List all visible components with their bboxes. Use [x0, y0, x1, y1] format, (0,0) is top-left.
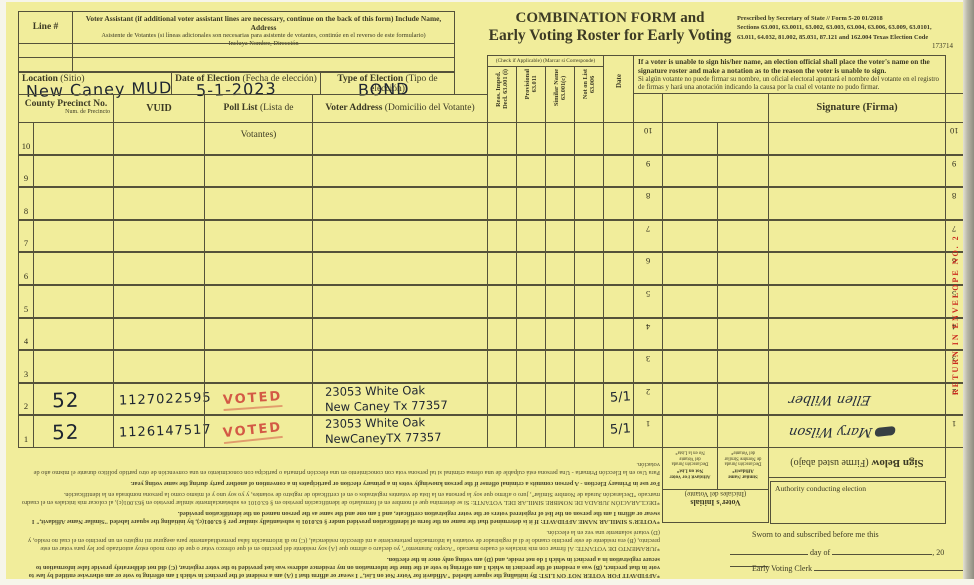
voter-address-cell [312, 252, 488, 285]
return-envelope-note: RETURN IN ENVELOPE NO. 2 [951, 115, 960, 395]
precinct-cell [33, 318, 114, 351]
sign-below-label: Sign Below [871, 457, 923, 469]
sign-below-box: Sign Below (Firme usted abajo) [768, 447, 946, 478]
initials-similar-name-cell [717, 220, 769, 253]
check-provisional-cell [516, 415, 546, 448]
line-number-mid: 3 [633, 350, 663, 383]
date-cell: 5/1 [603, 415, 634, 448]
date-value-handwriting: 5/1 [610, 422, 632, 438]
address-line2-handwriting: New Caney Tx 77357 [325, 398, 448, 414]
initials-not-on-list-cell [662, 122, 718, 155]
signature-header-label: Signature (Firma) [816, 102, 897, 113]
line-number-left: 5 [18, 285, 34, 318]
check-not-on-list-cell [574, 155, 604, 188]
vuid-cell [113, 155, 205, 188]
precinct-value-handwriting: 52 [52, 420, 80, 445]
vuid-cell [113, 252, 205, 285]
line-number-left: 10 [18, 122, 34, 155]
check-provisional-cell [516, 383, 546, 416]
line-number-upside-down: 2 [646, 387, 650, 397]
poll-list-cell [204, 122, 313, 155]
line-number-mid: 8 [633, 187, 663, 220]
signature-cell [768, 350, 946, 383]
date-cell [603, 155, 634, 188]
precinct-value-handwriting: 52 [52, 387, 80, 412]
day-blank [730, 545, 808, 555]
line-number-upside-down: 5 [646, 289, 650, 299]
line-number-upside-down: 1 [952, 419, 956, 429]
voter-address-cell [312, 220, 488, 253]
check-similar-name-cell [545, 220, 575, 253]
line-number-header: Line # [18, 11, 73, 44]
line-number-right: 1 [945, 415, 964, 448]
check-not-on-list-cell [574, 220, 604, 253]
check-col-header-not-on-list-label: Not on List 63.006 [582, 69, 596, 99]
check-reas-imped-cell [487, 155, 517, 188]
line-number-mid-header-cell [633, 93, 663, 123]
check-similar-name-cell [545, 285, 575, 318]
signature-cell [768, 122, 946, 155]
primary-election-note-en: For use in Primary Election - A person c… [20, 479, 660, 487]
prescribed-block: Prescribed by Secretary of State // Form… [737, 14, 953, 50]
address-line1-handwriting: 23053 White Oak [325, 383, 425, 399]
precinct-cell [33, 220, 114, 253]
check-not-on-list-cell [574, 383, 604, 416]
initials-similar-name-cell [717, 285, 769, 318]
initials-similar-name-cell [717, 187, 769, 220]
check-provisional-cell [516, 318, 546, 351]
assistant-instruction-en: Voter Assistant (if additional voter ass… [73, 14, 454, 32]
line-number-upside-down: 9 [646, 159, 650, 169]
similar-name-affidavit-es: *DECLARACIÓN JURADA DE NOMBRE SIMILAR DE… [20, 490, 660, 506]
signature-cell: Mary Wilson [768, 415, 946, 448]
check-reas-imped-cell [487, 187, 517, 220]
initials-not-on-list-cell [662, 187, 718, 220]
signature-cell [768, 318, 946, 351]
prescribed-line2: Sections 63.001, 63.0011, 63.002, 63.003… [737, 23, 953, 32]
check-col-header-similar-name: Similar Name 63.001(c) [545, 66, 575, 123]
initials-similar-name-cell [717, 318, 769, 351]
check-not-on-list-cell [574, 318, 604, 351]
vuid-column-header: VUID [113, 94, 205, 123]
precinct-cell [33, 350, 114, 383]
initials-not-on-list-cell [662, 318, 718, 351]
signature-cell [768, 187, 946, 220]
check-reas-imped-cell [487, 415, 517, 448]
address-header-en: Voter Address [325, 103, 382, 113]
voted-stamp: VOTED [222, 420, 283, 444]
line-number-upside-down: 7 [646, 224, 650, 234]
check-provisional-cell [516, 187, 546, 220]
vuid-cell [113, 220, 205, 253]
voter-address-cell: 23053 White OakNewCaneyTX 77357 [312, 415, 488, 448]
line-number-left: 1 [18, 415, 34, 448]
signature-cell [768, 252, 946, 285]
date-cell [603, 187, 634, 220]
line-number-mid: 7 [633, 220, 663, 253]
address-line1-handwriting: 23053 White Oak [325, 416, 425, 432]
initials-not-on-list-cell [662, 285, 718, 318]
check-similar-name-cell [545, 252, 575, 285]
poll-list-cell [204, 285, 313, 318]
voter-address-cell: 23053 White OakNew Caney Tx 77357 [312, 383, 488, 416]
affidavit-not-on-list-en: *AFFIDAVIT FOR VOTER NOT ON LIST: By ini… [20, 555, 660, 579]
check-provisional-cell [516, 122, 546, 155]
early-voting-clerk-label: Early Voting Clerk [752, 564, 812, 573]
form-title-line1: COMBINATION FORM and [470, 10, 750, 27]
precinct-cell [33, 155, 114, 188]
initials-col1-header-en: Affidavit For Voter Not on List* [663, 466, 717, 479]
date-cell [603, 122, 634, 155]
month-blank [832, 545, 932, 555]
poll-list-cell [204, 252, 313, 285]
initials-not-on-list-cell [662, 220, 718, 253]
line-number-upside-down: 1 [646, 419, 650, 429]
initials-col2-header-es: Declaración Jurada de Nombre Similar del… [718, 448, 768, 466]
line-number-mid: 5 [633, 285, 663, 318]
prescribed-line3: 63.011, 64.032, 81.002, 85.031, 87.121 a… [737, 33, 953, 42]
precinct-cell [33, 122, 114, 155]
form-number: 173714 [737, 42, 953, 50]
poll-list-cell [204, 155, 313, 188]
voter-assistant-instructions: Voter Assistant (if additional voter ass… [72, 11, 455, 44]
authority-label: Authority conducting election [775, 484, 866, 493]
check-not-on-list-cell [574, 252, 604, 285]
check-similar-name-cell [545, 122, 575, 155]
poll-list-cell [204, 318, 313, 351]
authority-conducting-election-box: Authority conducting election [770, 481, 946, 524]
check-provisional-cell [516, 155, 546, 188]
date-cell [603, 252, 634, 285]
assistant-row1-line [18, 43, 73, 58]
poll-list-cell [204, 187, 313, 220]
poll-list-header-en: Poll List [224, 103, 258, 113]
vuid-cell [113, 318, 205, 351]
poll-list-column-header: Poll List (Lista de Votantes) [204, 94, 313, 123]
date-cell [603, 220, 634, 253]
check-provisional-cell [516, 252, 546, 285]
affidavit-not-on-list-es: *JURAMENTO DE VOTANTE: Al firmar con mis… [20, 528, 660, 552]
signature-handwriting-upside-down: Ellen Wilber [788, 392, 872, 407]
assistant-row2-line [18, 57, 73, 72]
line-number-upside-down: 10 [644, 126, 653, 136]
initials-col-not-on-list-header: Affidavit For Voter Not on List* Declara… [662, 447, 718, 490]
poll-list-cell: VOTED [204, 383, 313, 416]
initials-not-on-list-cell [662, 155, 718, 188]
similar-name-affidavit-en: *VOTER'S SIMILAR NAME AFFIDAVIT: If it i… [20, 509, 660, 525]
check-similar-name-cell [545, 415, 575, 448]
sworn-line: Sworn to and subscribed before me this [752, 530, 879, 539]
affidavit-text-block-rotated: *AFFIDAVIT FOR VOTER NOT ON LIST: By ini… [20, 452, 660, 579]
signature-cell [768, 285, 946, 318]
check-reas-imped-cell [487, 252, 517, 285]
check-col-header-not-on-list: Not on List 63.006 [574, 66, 604, 123]
signature-cell [768, 220, 946, 253]
line-number-left: 7 [18, 220, 34, 253]
precinct-header-en: County Precinct No. [19, 99, 113, 109]
check-reas-imped-cell [487, 383, 517, 416]
check-col-header-similar-name-label: Similar Name 63.001(c) [553, 69, 567, 106]
precinct-cell: 52 [33, 415, 114, 448]
initials-similar-name-cell [717, 350, 769, 383]
scanned-form-page: { "header": { "title_line1": "COMBINATIO… [0, 0, 974, 585]
check-col-header-provisional-label: Provisional 63.011 [524, 69, 538, 99]
vuid-cell [113, 285, 205, 318]
prescribed-line1: Prescribed by Secretary of State // Form… [737, 14, 953, 23]
address-line2-handwriting: NewCaneyTX 77357 [325, 430, 442, 446]
assistant-row1-name [72, 43, 455, 58]
precinct-cell [33, 187, 114, 220]
voters-initials-label-es: (Iniciales del Votante) [663, 490, 768, 498]
vuid-cell [113, 187, 205, 220]
line-number-upside-down: 8 [646, 191, 650, 201]
voters-initials-label: Voter's Initials [663, 498, 768, 507]
unable-note-en: If a voter is unable to sign his/her nam… [638, 58, 941, 76]
voter-address-cell [312, 187, 488, 220]
signature-column-header: Signature (Firma) [768, 93, 946, 123]
date-column-header: Date [603, 55, 634, 123]
check-not-on-list-cell [574, 187, 604, 220]
date-cell [603, 318, 634, 351]
line-number-upside-down: 3 [646, 354, 650, 364]
vuid-value-handwriting: 1126147517 [119, 423, 212, 441]
check-reas-imped-cell [487, 285, 517, 318]
date-cell [603, 285, 634, 318]
vuid-cell: 1127022595 [113, 383, 205, 416]
check-provisional-cell [516, 285, 546, 318]
line-number-left: 4 [18, 318, 34, 351]
check-similar-name-cell [545, 187, 575, 220]
clerk-line: Early Voting Clerk [752, 561, 964, 573]
year-prefix: 20 [936, 548, 944, 557]
initials-not-on-list-cell [662, 350, 718, 383]
unable-note-es: Si algún votante no puede firmar su nomb… [638, 76, 941, 93]
check-reas-imped-cell [487, 318, 517, 351]
poll-list-cell [204, 350, 313, 383]
line-number-upside-down: 6 [646, 256, 650, 266]
voters-initials-header: Voter's Initials (Iniciales del Votante) [662, 489, 769, 523]
initials-not-on-list-cell [662, 252, 718, 285]
initials-col2-header-en: Similar Name Affidavit* [718, 466, 768, 479]
vuid-cell: 1126147517 [113, 415, 205, 448]
line-number-mid: 1 [633, 415, 663, 448]
line-number-left: 8 [18, 187, 34, 220]
poll-list-cell: VOTED [204, 415, 313, 448]
primary-election-note-es: Para Uso en la Elección Primaria - Una p… [20, 460, 660, 476]
check-not-on-list-cell [574, 415, 604, 448]
check-similar-name-cell [545, 350, 575, 383]
sign-below-label-es: (Firme usted abajo) [790, 457, 868, 468]
line-number-mid: 9 [633, 155, 663, 188]
assistant-instruction-es: Asistente de Votantes (si líneas adicion… [73, 32, 454, 40]
check-not-on-list-cell [574, 285, 604, 318]
address-header-es: (Domicilio del Votante) [385, 103, 475, 113]
vuid-cell [113, 350, 205, 383]
check-not-on-list-cell [574, 350, 604, 383]
check-provisional-cell [516, 220, 546, 253]
voter-address-cell [312, 350, 488, 383]
check-reas-imped-cell [487, 122, 517, 155]
check-provisional-cell [516, 350, 546, 383]
line-number-mid: 6 [633, 252, 663, 285]
voted-stamp: VOTED [222, 389, 283, 411]
check-similar-name-cell [545, 318, 575, 351]
signature-cell [768, 155, 946, 188]
line-number-left: 3 [18, 350, 34, 383]
scan-right-edge [963, 0, 974, 585]
line-number-mid: 4 [633, 318, 663, 351]
initials-not-on-list-cell [662, 383, 718, 416]
line-number-upside-down: 4 [646, 322, 650, 332]
initials-similar-name-cell [717, 252, 769, 285]
check-similar-name-cell [545, 383, 575, 416]
clerk-signature-blank [814, 561, 964, 571]
voter-address-cell [312, 318, 488, 351]
assistant-row2-name [72, 57, 455, 72]
poll-list-cell [204, 220, 313, 253]
check-similar-name-cell [545, 155, 575, 188]
precinct-cell [33, 252, 114, 285]
precinct-header-es: Num. de Precincto [19, 109, 113, 115]
precinct-cell [33, 285, 114, 318]
date-cell: 5/1 [603, 383, 634, 416]
voter-address-cell [312, 155, 488, 188]
address-column-header: Voter Address (Domicilio del Votante) [312, 94, 488, 123]
unable-to-sign-note: If a voter is unable to sign his/her nam… [633, 55, 946, 94]
line-number-mid: 2 [633, 383, 663, 416]
check-not-on-list-cell [574, 122, 604, 155]
precinct-cell: 52 [33, 383, 114, 416]
initials-similar-name-cell [717, 383, 769, 416]
check-reas-imped-cell [487, 220, 517, 253]
initials-col-similar-name-header: Similar Name Affidavit* Declaración Jura… [717, 447, 769, 490]
day-of-label: day of [810, 548, 830, 557]
line-number-left: 9 [18, 155, 34, 188]
scan-bottom-edge [0, 579, 974, 585]
signature-cell: Ellen Wilber [768, 383, 946, 416]
date-value-handwriting: 5/1 [610, 389, 632, 405]
check-col-header-reas-imped: Reas. Imped. Decl. 63.001 (i) [487, 66, 517, 123]
check-reas-imped-cell [487, 350, 517, 383]
initials-similar-name-cell [717, 155, 769, 188]
initials-col1-header-es: Declaración Jurada del Votante No en la … [663, 448, 717, 466]
voter-address-cell [312, 285, 488, 318]
precinct-column-header: County Precinct No. Num. de Precincto [18, 94, 114, 123]
initials-similar-name-cell [717, 415, 769, 448]
voter-address-cell [312, 122, 488, 155]
line-number-left: 6 [18, 252, 34, 285]
form-title-line2: Early Voting Roster for Early Voting [470, 27, 750, 45]
initials-header-spacer-cell [662, 93, 769, 123]
vuid-value-handwriting: 1127022595 [119, 390, 212, 408]
line-number-mid: 10 [633, 122, 663, 155]
check-col-header-reas-imped-label: Reas. Imped. Decl. 63.001 (i) [495, 69, 509, 109]
check-col-header-provisional: Provisional 63.011 [516, 66, 546, 123]
line-number-left: 2 [18, 383, 34, 416]
form-title: COMBINATION FORM and Early Voting Roster… [470, 10, 750, 45]
signature-handwriting-upside-down: Mary Wilson [788, 424, 897, 439]
initials-not-on-list-cell [662, 415, 718, 448]
date-cell [603, 350, 634, 383]
date-column-header-label: Date [615, 74, 623, 88]
initials-similar-name-cell [717, 122, 769, 155]
vuid-cell [113, 122, 205, 155]
signature-scribble [875, 426, 896, 437]
